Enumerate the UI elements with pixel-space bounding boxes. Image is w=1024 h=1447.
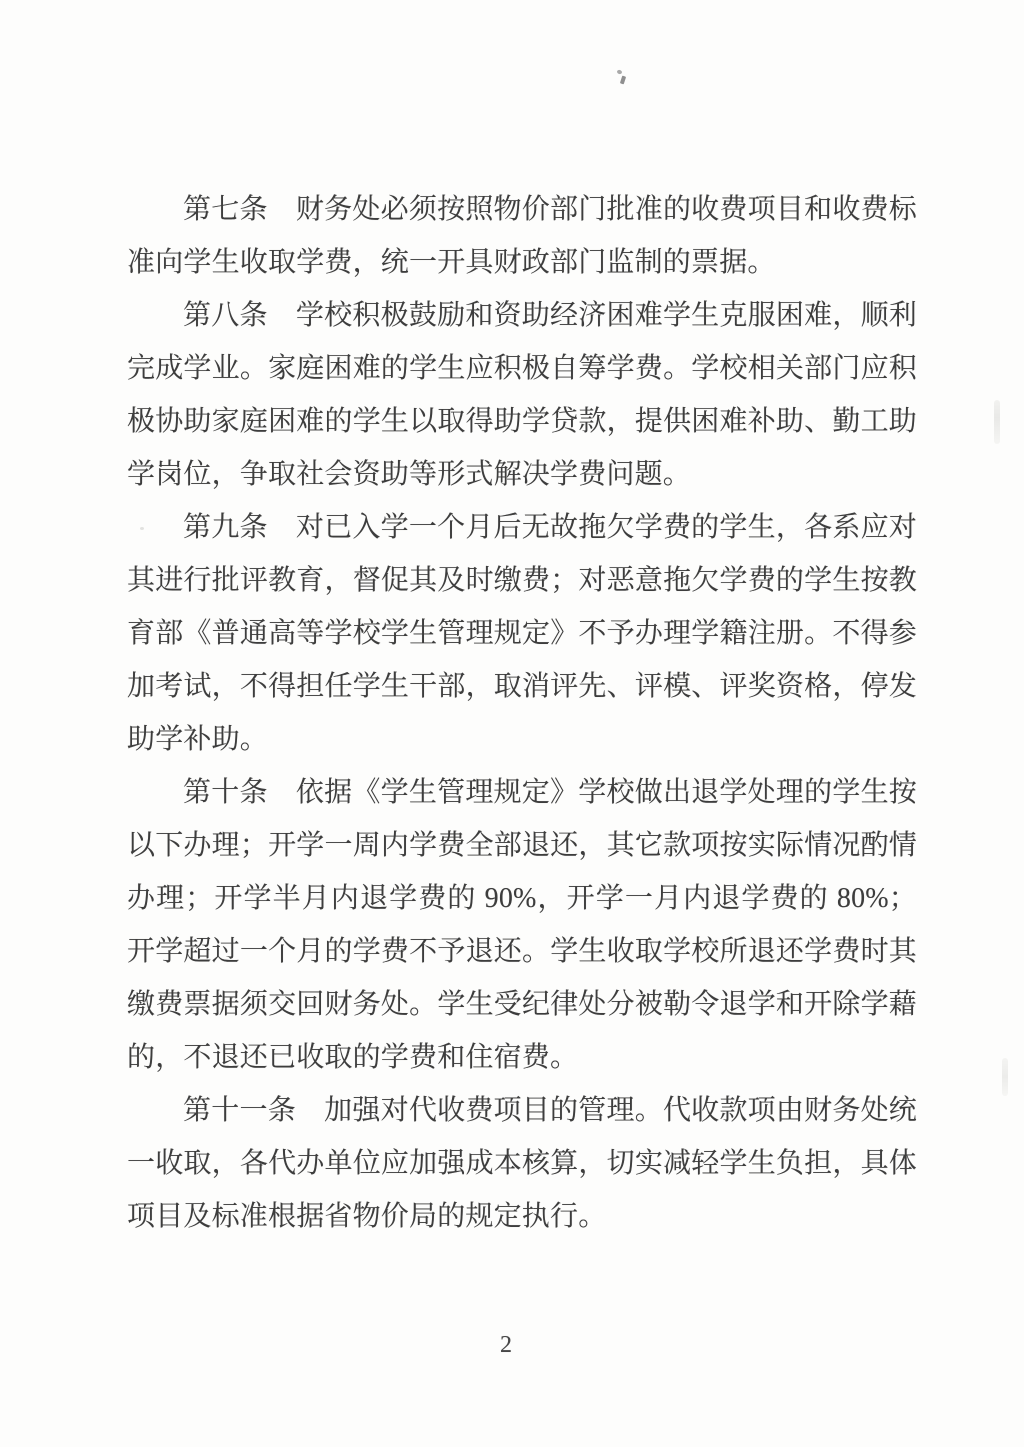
scan-speck [620, 76, 626, 85]
scan-speck [616, 69, 622, 74]
page-number: 2 [0, 1332, 1012, 1359]
paragraph-article-7: 第七条 财务处必须按照物价部门批准的收费项目和收费标准向学生收取学费，统一开具财… [127, 183, 917, 289]
scan-edge-smudge [994, 400, 1000, 444]
paragraph-article-9: 第九条 对已入学一个月后无故拖欠学费的学生，各系应对其进行批评教育，督促其及时缴… [127, 501, 917, 766]
scan-edge-smudge [1002, 1058, 1008, 1096]
paragraph-article-10: 第十条 依据《学生管理规定》学校做出退学处理的学生按以下办理；开学一周内学费全部… [127, 766, 917, 1084]
document-body: 第七条 财务处必须按照物价部门批准的收费项目和收费标准向学生收取学费，统一开具财… [127, 183, 917, 1243]
scanned-document-page: 第七条 财务处必须按照物价部门批准的收费项目和收费标准向学生收取学费，统一开具财… [0, 0, 1024, 1447]
paragraph-article-11: 第十一条 加强对代收费项目的管理。代收款项由财务处统一收取，各代办单位应加强成本… [127, 1084, 917, 1243]
paragraph-article-8: 第八条 学校积极鼓励和资助经济困难学生克服困难，顺利完成学业。家庭困难的学生应积… [127, 289, 917, 501]
